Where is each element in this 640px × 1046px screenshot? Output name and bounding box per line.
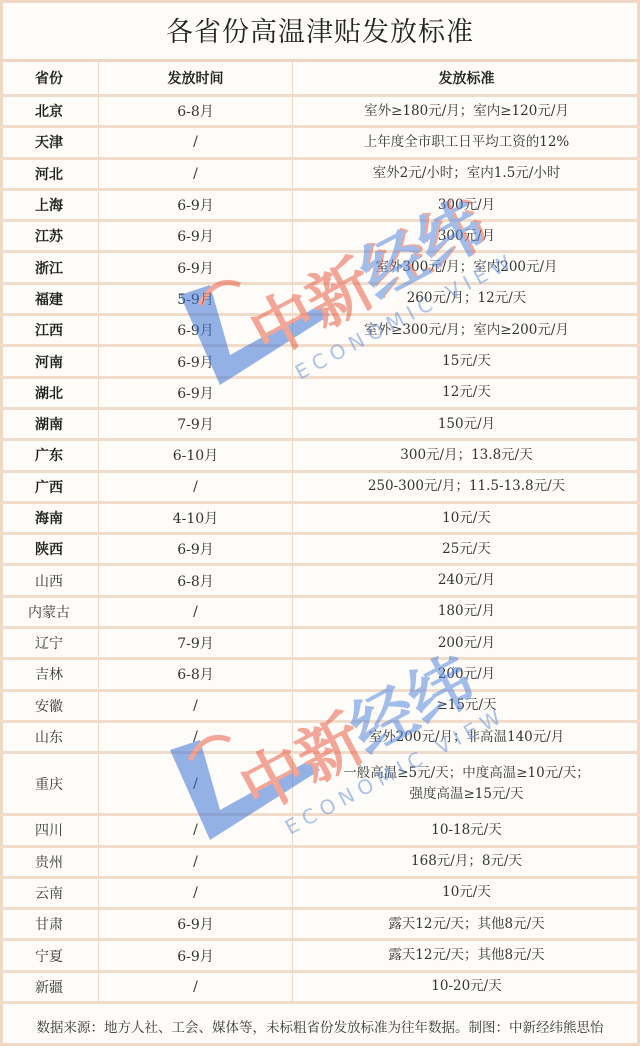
standard-cell: 10元/天 [293,877,640,908]
standard-cell: 25元/天 [293,534,640,565]
province-cell: 山西 [0,565,99,596]
table-row: 重庆/一般高温≥5元/天；中度高温≥10元/天；强度高温≥15元/天 [0,753,640,815]
table-row: 内蒙古/180元/月 [0,596,640,627]
province-cell: 上海 [0,189,99,220]
table-row: 山西6-8月240元/月 [0,565,640,596]
province-cell: 北京 [0,96,99,127]
province-cell: 陕西 [0,534,99,565]
province-cell: 广西 [0,471,99,502]
table-row: 福建5-9月260元/月；12元/天 [0,283,640,314]
standard-text: 室外≥300元/月；室内≥200元/月 [293,320,640,341]
period-cell: 6-9月 [99,252,293,283]
period-cell: / [99,721,293,752]
period-cell: 6-9月 [99,315,293,346]
period-cell: / [99,127,293,158]
province-cell: 浙江 [0,252,99,283]
period-cell: 6-9月 [99,940,293,971]
table-row: 江苏6-9月300元/月 [0,221,640,252]
header-standard: 发放标准 [293,62,640,96]
standard-text: 室外200元/月；非高温140元/月 [293,727,640,748]
period-cell: / [99,877,293,908]
standard-cell: 240元/月 [293,565,640,596]
period-cell: 6-8月 [99,96,293,127]
province-cell: 福建 [0,283,99,314]
standard-text: 150元/月 [293,414,640,435]
province-cell: 贵州 [0,846,99,877]
standard-cell: 一般高温≥5元/天；中度高温≥10元/天；强度高温≥15元/天 [293,753,640,815]
table-row: 新疆/10-20元/天 [0,971,640,1002]
standard-text: 300元/月 [293,195,640,216]
period-cell: 6-9月 [99,909,293,940]
standard-cell: 室外200元/月；非高温140元/月 [293,721,640,752]
period-cell: 6-9月 [99,377,293,408]
province-cell: 甘肃 [0,909,99,940]
province-cell: 安徽 [0,690,99,721]
standard-text: 10-18元/天 [293,820,640,841]
province-cell: 江苏 [0,221,99,252]
standard-text: 300元/月 [293,226,640,247]
province-cell: 云南 [0,877,99,908]
period-cell: / [99,753,293,815]
table-row: 广东6-10月300元/月；13.8元/天 [0,440,640,471]
standard-text: 25元/天 [293,539,640,560]
period-cell: / [99,158,293,189]
standard-cell: 10-20元/天 [293,971,640,1002]
source-footnote: 数据来源：地方人社、工会、媒体等，未标粗省份发放标准为往年数据。制图：中新经纬熊… [0,1006,640,1046]
standard-cell: 露天12元/天；其他8元/天 [293,940,640,971]
table-row: 吉林6-8月200元/月 [0,659,640,690]
table-header-row: 省份 发放时间 发放标准 [0,62,640,96]
standard-text: 露天12元/天；其他8元/天 [293,945,640,966]
table-row: 广西/250-300元/月；11.5-13.8元/天 [0,471,640,502]
standard-cell: 180元/月 [293,596,640,627]
province-cell: 海南 [0,502,99,533]
period-cell: 7-9月 [99,628,293,659]
standard-text: 10元/天 [293,508,640,529]
period-cell: / [99,815,293,846]
standard-cell: 200元/月 [293,659,640,690]
province-cell: 重庆 [0,753,99,815]
standard-cell: 10元/天 [293,502,640,533]
header-province: 省份 [0,62,99,96]
subsidy-table: 省份 发放时间 发放标准 北京6-8月室外≥180元/月；室内≥120元/月天津… [0,62,640,1004]
period-cell: 7-9月 [99,408,293,439]
standard-text: 室外300元/月；室内200元/月 [293,257,640,278]
period-cell: / [99,846,293,877]
standard-text: 240元/月 [293,570,640,591]
page-title: 各省份高温津贴发放标准 [0,0,640,62]
period-cell: 6-10月 [99,440,293,471]
table-row: 陕西6-9月25元/天 [0,534,640,565]
province-cell: 吉林 [0,659,99,690]
province-cell: 河北 [0,158,99,189]
standard-cell: 150元/月 [293,408,640,439]
standard-text: 200元/月 [293,664,640,685]
standard-cell: 15元/天 [293,346,640,377]
standard-text-line2: 强度高温≥15元/天 [293,784,640,805]
table-row: 四川/10-18元/天 [0,815,640,846]
province-cell: 四川 [0,815,99,846]
province-cell: 湖南 [0,408,99,439]
standard-text: 室外2元/小时；室内1.5元/小时 [293,163,640,184]
province-cell: 山东 [0,721,99,752]
standard-cell: 250-300元/月；11.5-13.8元/天 [293,471,640,502]
standard-cell: 200元/月 [293,628,640,659]
standard-text: 168元/月；8元/天 [293,851,640,872]
table-row: 湖北6-9月12元/天 [0,377,640,408]
standard-cell: 300元/月 [293,189,640,220]
table-row: 天津/上年度全市职工日平均工资的12% [0,127,640,158]
period-cell: 6-9月 [99,221,293,252]
period-cell: 6-8月 [99,659,293,690]
standard-text: 15元/天 [293,351,640,372]
standard-text: 260元/月；12元/天 [293,288,640,309]
standard-text: 10-20元/天 [293,976,640,997]
province-cell: 宁夏 [0,940,99,971]
standard-cell: 室外≥300元/月；室内≥200元/月 [293,315,640,346]
standard-text: 250-300元/月；11.5-13.8元/天 [293,476,640,497]
standard-cell: 露天12元/天；其他8元/天 [293,909,640,940]
table-row: 甘肃6-9月露天12元/天；其他8元/天 [0,909,640,940]
period-cell: 4-10月 [99,502,293,533]
standard-text: 12元/天 [293,382,640,403]
province-cell: 新疆 [0,971,99,1002]
period-cell: / [99,596,293,627]
standard-cell: 12元/天 [293,377,640,408]
table-row: 云南/10元/天 [0,877,640,908]
table-row: 贵州/168元/月；8元/天 [0,846,640,877]
table-row: 浙江6-9月室外300元/月；室内200元/月 [0,252,640,283]
standard-text: 300元/月；13.8元/天 [293,445,640,466]
standard-text: 上年度全市职工日平均工资的12% [293,132,640,153]
period-cell: 6-9月 [99,189,293,220]
standard-text: 10元/天 [293,882,640,903]
standard-cell: 室外≥180元/月；室内≥120元/月 [293,96,640,127]
standard-text: 露天12元/天；其他8元/天 [293,914,640,935]
period-cell: 6-8月 [99,565,293,596]
table-row: 辽宁7-9月200元/月 [0,628,640,659]
period-cell: 6-9月 [99,346,293,377]
province-cell: 湖北 [0,377,99,408]
period-cell: / [99,471,293,502]
province-cell: 河南 [0,346,99,377]
header-period: 发放时间 [99,62,293,96]
period-cell: / [99,690,293,721]
standard-cell: 260元/月；12元/天 [293,283,640,314]
table-row: 海南4-10月10元/天 [0,502,640,533]
province-cell: 天津 [0,127,99,158]
province-cell: 江西 [0,315,99,346]
standard-cell: 300元/月 [293,221,640,252]
table-row: 北京6-8月室外≥180元/月；室内≥120元/月 [0,96,640,127]
table-row: 河北/室外2元/小时；室内1.5元/小时 [0,158,640,189]
table-row: 宁夏6-9月露天12元/天；其他8元/天 [0,940,640,971]
standard-cell: 10-18元/天 [293,815,640,846]
standard-cell: 上年度全市职工日平均工资的12% [293,127,640,158]
standard-cell: ≥15元/天 [293,690,640,721]
table-row: 安徽/≥15元/天 [0,690,640,721]
table-row: 上海6-9月300元/月 [0,189,640,220]
standard-text: 室外≥180元/月；室内≥120元/月 [293,101,640,122]
period-cell: / [99,971,293,1002]
province-cell: 辽宁 [0,628,99,659]
standard-cell: 室外300元/月；室内200元/月 [293,252,640,283]
table-row: 山东/室外200元/月；非高温140元/月 [0,721,640,752]
table-row: 江西6-9月室外≥300元/月；室内≥200元/月 [0,315,640,346]
period-cell: 6-9月 [99,534,293,565]
standard-cell: 室外2元/小时；室内1.5元/小时 [293,158,640,189]
standard-text: 200元/月 [293,633,640,654]
standard-text: 一般高温≥5元/天；中度高温≥10元/天； [293,763,640,784]
standard-cell: 168元/月；8元/天 [293,846,640,877]
standard-cell: 300元/月；13.8元/天 [293,440,640,471]
table-row: 湖南7-9月150元/月 [0,408,640,439]
province-cell: 广东 [0,440,99,471]
table-row: 河南6-9月15元/天 [0,346,640,377]
period-cell: 5-9月 [99,283,293,314]
standard-text: 180元/月 [293,601,640,622]
standard-text: ≥15元/天 [293,695,640,716]
province-cell: 内蒙古 [0,596,99,627]
